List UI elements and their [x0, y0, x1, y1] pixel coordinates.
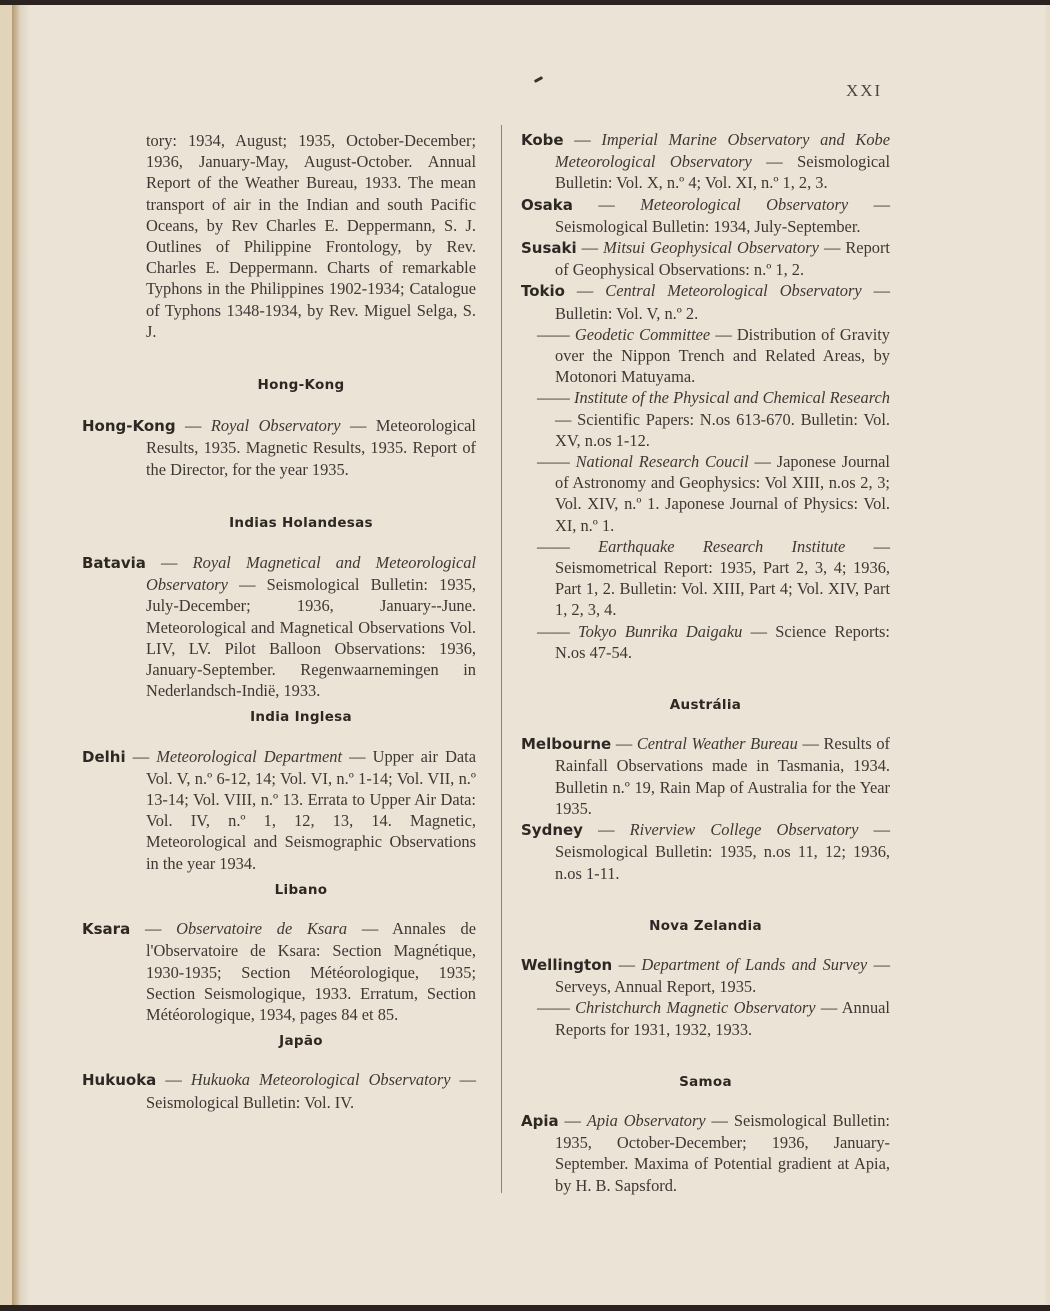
- entry-place: Sydney: [521, 821, 583, 839]
- ink-mark: [534, 76, 543, 83]
- entry-text: Scientific Papers: N.os 613-670. Bulleti…: [555, 410, 890, 450]
- binding-edge: [0, 5, 12, 1305]
- dash: —: [611, 734, 637, 753]
- sub-entry-christchurch: —— Christchurch Magnetic Observatory — A…: [555, 997, 890, 1039]
- section-heading: Samoa: [521, 1072, 890, 1093]
- dash: —: [612, 955, 641, 974]
- entry-place: Melbourne: [521, 735, 611, 753]
- entry-wellington: Wellington — Department of Lands and Sur…: [555, 954, 890, 997]
- dash: —: [342, 747, 373, 766]
- dash: —: [710, 325, 737, 344]
- dash: —: [845, 537, 890, 556]
- section-heading: India Inglesa: [126, 707, 476, 728]
- section-heading: Nova Zelandia: [521, 916, 890, 937]
- dash: —: [862, 281, 890, 300]
- section-heading: Austrália: [521, 695, 890, 716]
- entry-place: Susaki: [521, 239, 577, 257]
- dash: —: [130, 919, 176, 938]
- entry-institution: Christchurch Magnetic Observatory: [575, 998, 815, 1017]
- dash: —: [451, 1070, 476, 1089]
- entry-place: Apia: [521, 1112, 559, 1130]
- left-column: tory: 1934, August; 1935, October-Decemb…: [146, 130, 476, 1113]
- lead-dash: ——: [537, 325, 575, 344]
- entry-sydney: Sydney — Riverview College Observatory —…: [555, 819, 890, 884]
- page-number: XXI: [846, 81, 882, 101]
- section-heading: Hong-Kong: [126, 375, 476, 396]
- dash: —: [742, 622, 775, 641]
- dash: —: [867, 955, 890, 974]
- entry-text: Serveys, Annual Report, 1935.: [555, 977, 756, 996]
- entry-institution: Royal Observatory: [211, 416, 341, 435]
- lead-dash: ——: [537, 622, 578, 641]
- dash: —: [341, 416, 376, 435]
- entry-tokio: Tokio — Central Meteorological Observato…: [555, 280, 890, 323]
- entry-institution: Earthquake Research Institute: [598, 537, 845, 556]
- entry-institution: Tokyo Bunrika Daigaku: [578, 622, 742, 641]
- dash: —: [565, 281, 605, 300]
- page-edge: [1044, 5, 1050, 1305]
- dash: —: [564, 130, 602, 149]
- section-heading: Indias Holandesas: [126, 513, 476, 534]
- sub-entry-bunrika: —— Tokyo Bunrika Daigaku — Science Repor…: [555, 621, 890, 663]
- sub-entry-physical-chemical: —— Institute of the Physical and Chemica…: [555, 387, 890, 451]
- dash: —: [752, 152, 797, 171]
- entry-institution: Meteorological Department: [156, 747, 342, 766]
- lead-dash: ——: [537, 537, 598, 556]
- dash: —: [573, 195, 640, 214]
- entry-place: Osaka: [521, 196, 573, 214]
- dash: —: [819, 238, 845, 257]
- sub-entry-earthquake: —— Earthquake Research Institute — Seism…: [555, 536, 890, 621]
- entry-susaki: Susaki — Mitsui Geophysical Observatory …: [555, 237, 890, 280]
- entry-hong-kong: Hong-Kong — Royal Observatory — Meteorol…: [146, 415, 476, 480]
- dash: —: [858, 820, 890, 839]
- entry-text: Seismological Bulletin: 1935, n.os 11, 1…: [555, 842, 890, 882]
- dash: —: [848, 195, 890, 214]
- binding-shadow: [12, 5, 20, 1305]
- dash: —: [126, 747, 157, 766]
- entry-text: Seismological Bulletin: Vol. IV.: [146, 1093, 354, 1112]
- entry-place: Delhi: [82, 748, 126, 766]
- entry-batavia: Batavia — Royal Magnetical and Meteorolo…: [146, 552, 476, 701]
- dash: —: [156, 1070, 191, 1089]
- entry-text: Seismological Bulletin: 1934, July-Septe…: [555, 217, 860, 236]
- lead-dash: ——: [537, 388, 574, 407]
- sub-entry-geodetic: —— Geodetic Committee — Distribution of …: [555, 324, 890, 388]
- dash: —: [146, 553, 193, 572]
- entry-institution: Geodetic Committee: [575, 325, 710, 344]
- entry-place: Wellington: [521, 956, 612, 974]
- entry-institution: Central Meteorological Observatory: [605, 281, 861, 300]
- entry-institution: National Research Coucil: [576, 452, 749, 471]
- dash: —: [555, 410, 577, 429]
- entry-institution: Meteorological Observatory: [640, 195, 848, 214]
- right-column: Kobe — Imperial Marine Observatory and K…: [521, 129, 890, 1196]
- entry-text: Bulletin: Vol. V, n.º 2.: [555, 304, 698, 323]
- entry-ksara: Ksara — Observatoire de Ksara — Annales …: [146, 918, 476, 1025]
- entry-text: Seismometrical Report: 1935, Part 2, 3, …: [555, 558, 890, 619]
- lead-dash: ——: [537, 998, 575, 1017]
- dash: —: [559, 1111, 587, 1130]
- section-heading: Japão: [126, 1031, 476, 1052]
- entry-institution: Hukuoka Meteorological Observatory: [191, 1070, 451, 1089]
- entry-melbourne: Melbourne — Central Weather Bureau — Res…: [555, 733, 890, 819]
- entry-institution: Mitsui Geophysical Observatory: [603, 238, 819, 257]
- scanned-page: XXI tory: 1934, August; 1935, October-De…: [0, 5, 1050, 1305]
- dash: —: [176, 416, 211, 435]
- entry-place: Hong-Kong: [82, 417, 176, 435]
- entry-kobe: Kobe — Imperial Marine Observatory and K…: [555, 129, 890, 194]
- entry-place: Tokio: [521, 282, 565, 300]
- dash: —: [816, 998, 842, 1017]
- entry-place: Ksara: [82, 920, 130, 938]
- entry-hukuoka: Hukuoka — Hukuoka Meteorological Observa…: [146, 1069, 476, 1112]
- entry-apia: Apia — Apia Observatory — Seismological …: [555, 1110, 890, 1196]
- entry-osaka: Osaka — Meteorological Observatory — Sei…: [555, 194, 890, 237]
- dash: —: [706, 1111, 734, 1130]
- lead-dash: ——: [537, 452, 576, 471]
- entry-place: Batavia: [82, 554, 146, 572]
- gutter-shade: [20, 5, 30, 1305]
- entry-institution: Department of Lands and Survey: [641, 955, 867, 974]
- sub-entry-national-research: —— National Research Coucil — Japonese J…: [555, 451, 890, 536]
- dash: —: [583, 820, 630, 839]
- dash: —: [577, 238, 603, 257]
- dash: —: [347, 919, 392, 938]
- entry-institution: Apia Observatory: [587, 1111, 706, 1130]
- dash: —: [798, 734, 824, 753]
- entry-institution: Riverview College Observatory: [630, 820, 859, 839]
- entry-place: Kobe: [521, 131, 564, 149]
- entry-institution: Observatoire de Ksara: [176, 919, 347, 938]
- entry-place: Hukuoka: [82, 1071, 156, 1089]
- entry-delhi: Delhi — Meteorological Department — Uppe…: [146, 746, 476, 874]
- continuation-paragraph: tory: 1934, August; 1935, October-Decemb…: [146, 130, 476, 342]
- entry-institution: Institute of the Physical and Chemical R…: [574, 388, 890, 407]
- dash: —: [228, 575, 267, 594]
- dash: —: [749, 452, 777, 471]
- entry-institution: Central Weather Bureau: [637, 734, 798, 753]
- section-heading: Libano: [126, 880, 476, 901]
- column-divider: [501, 125, 502, 1193]
